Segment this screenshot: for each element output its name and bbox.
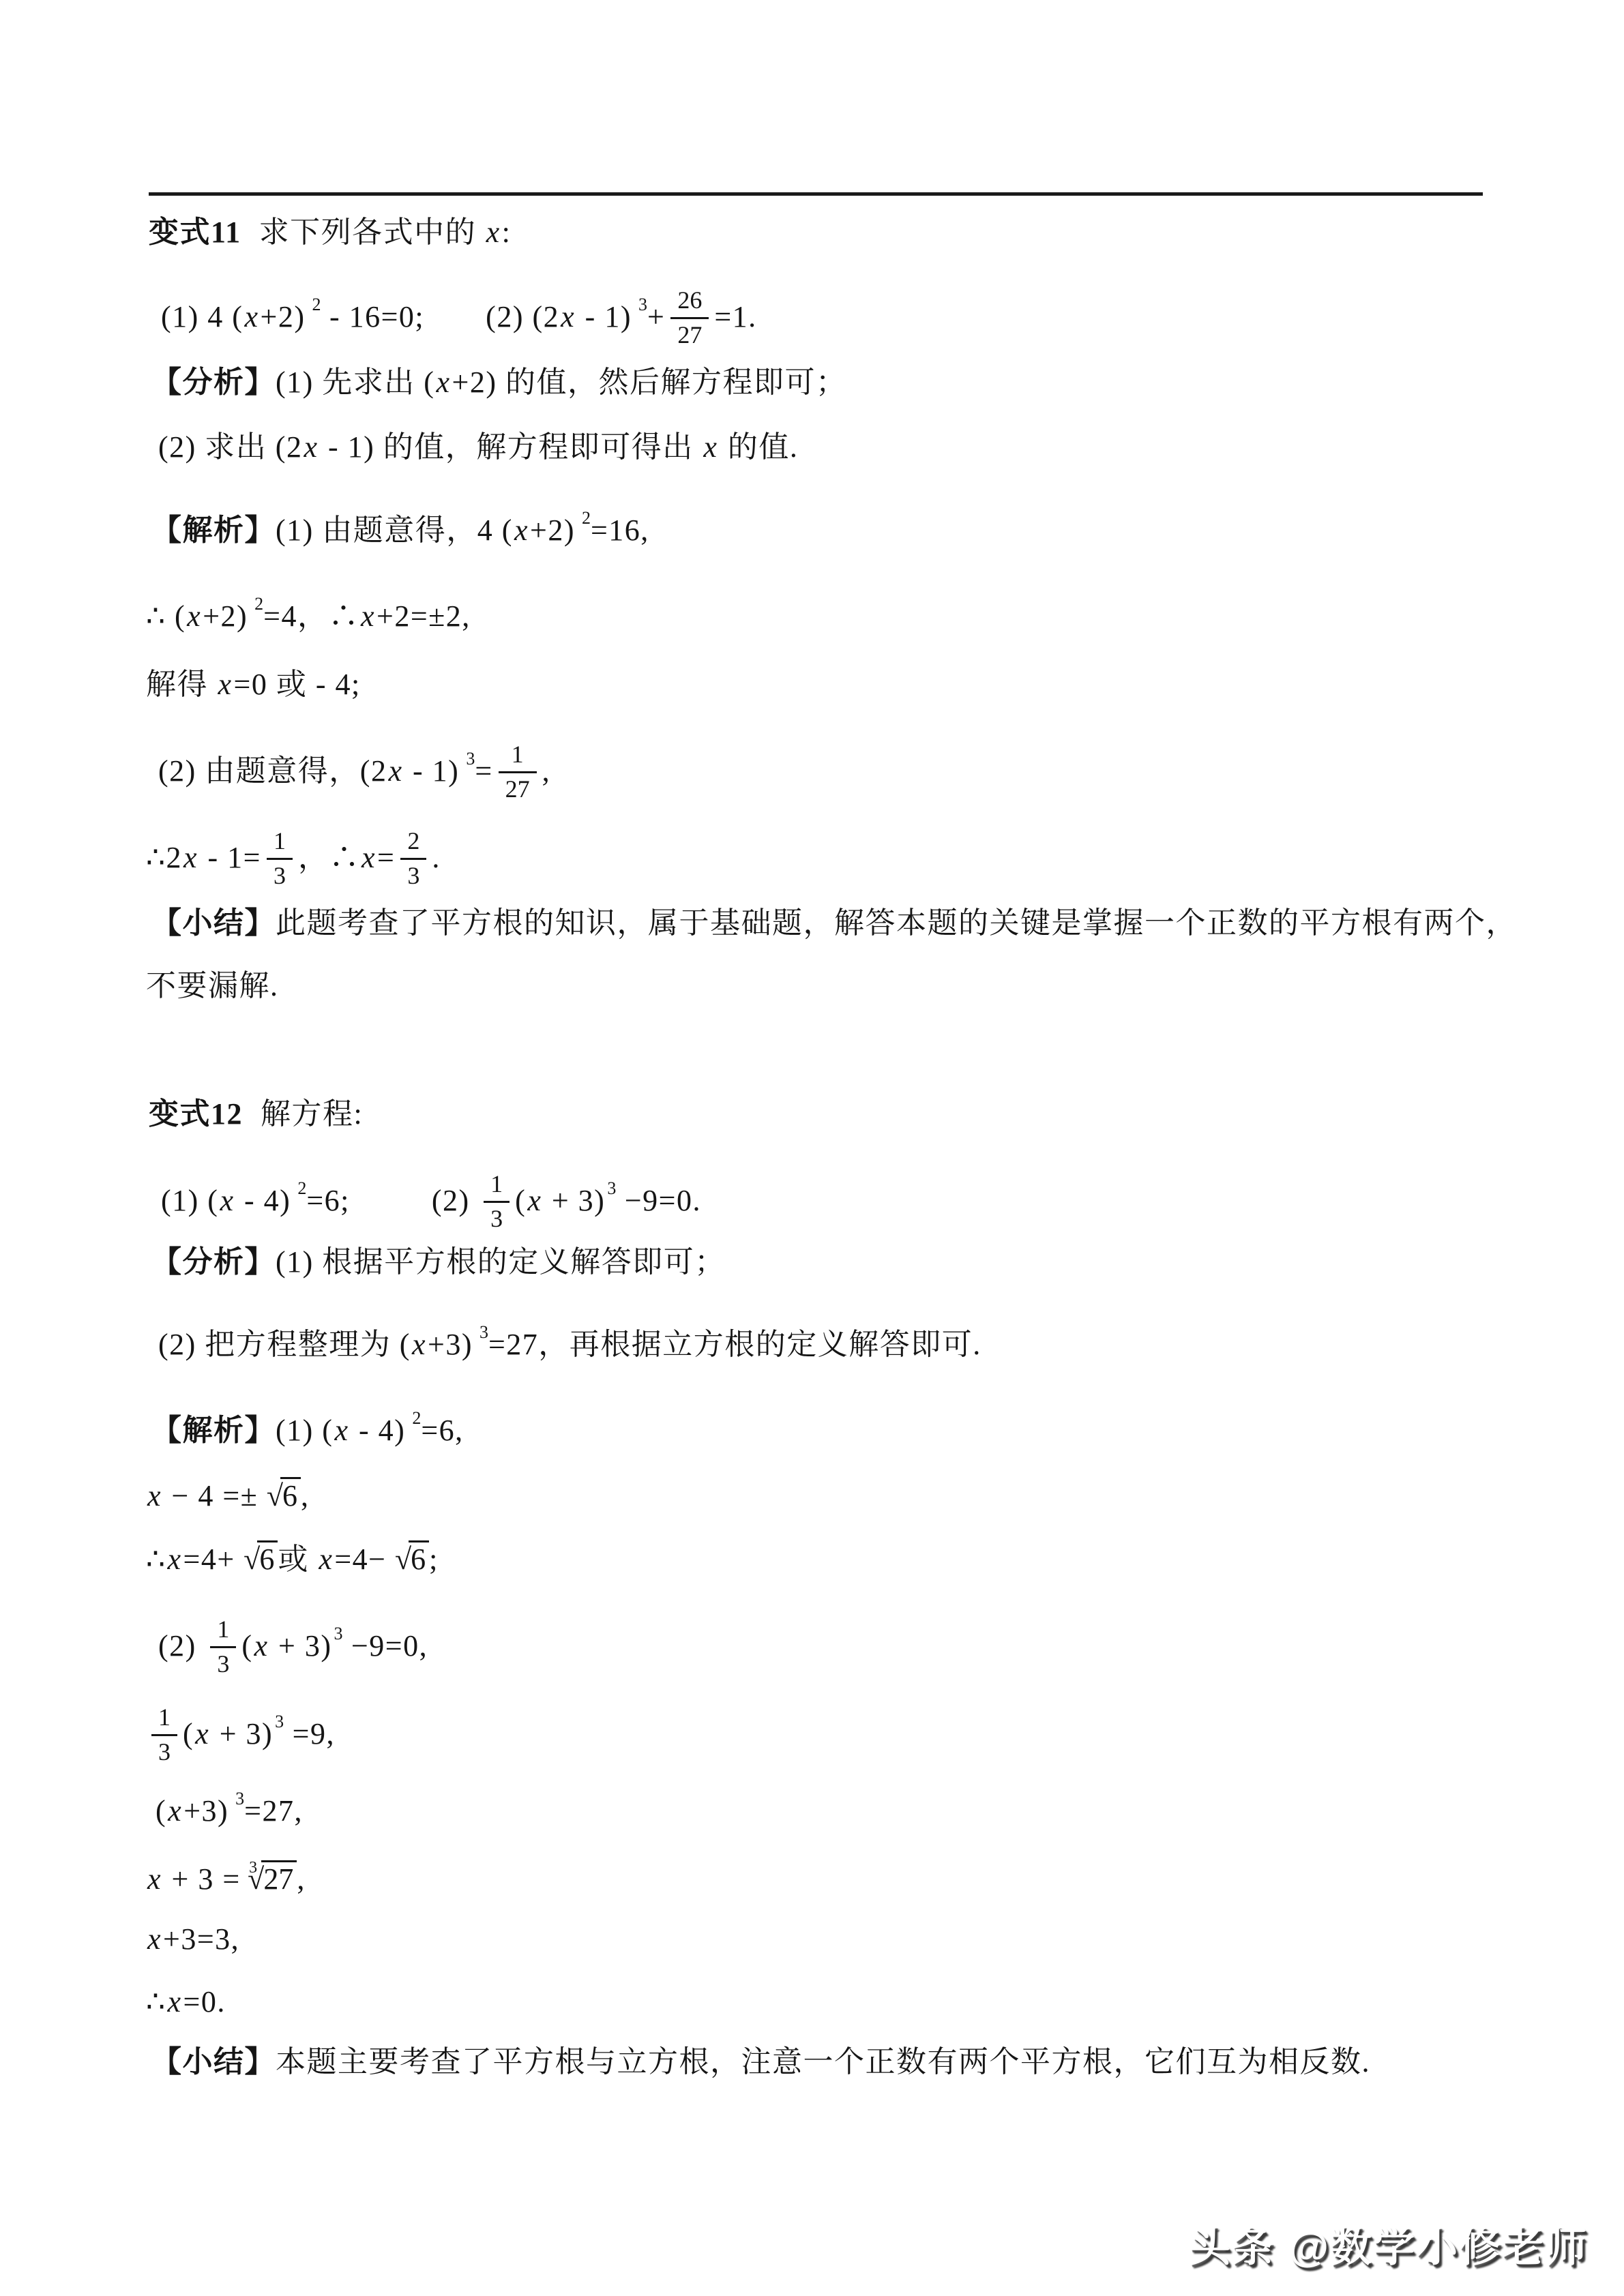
radicand: 27	[261, 1860, 297, 1896]
text-run: - 1)	[404, 754, 460, 788]
fraction: 127	[499, 741, 537, 803]
text-run: =27，再根据立方根的定义解答即可.	[488, 1328, 981, 1361]
variation12-heading-label: 变式12	[149, 1097, 243, 1131]
variation11-heading-title: 求下列各式中的	[259, 215, 485, 249]
text-run: (2) 把方程整理为 (	[158, 1328, 411, 1361]
fraction-numerator: 26	[670, 287, 709, 319]
exponent: 3	[466, 749, 475, 769]
math-var-x: x	[360, 841, 377, 874]
math-var-x: x	[218, 1184, 235, 1217]
exponent: 3	[479, 1322, 488, 1342]
text-run: 的值.	[719, 430, 798, 464]
variation11-heading-tail: :	[502, 215, 512, 249]
math-var-x: x	[146, 1479, 163, 1512]
text-run: (	[241, 1629, 252, 1663]
text-run: =27,	[244, 1794, 303, 1828]
text-run: +2)	[261, 300, 306, 333]
text-run: ∴	[146, 1985, 166, 2018]
text-run: (1) 根据平方根的定义解答即可；	[276, 1245, 726, 1279]
variation11-problems: (1) 4 (x+2)2 - 16=0;(2) (2x - 1)3+2627=1…	[161, 289, 757, 351]
text-run: =4−	[334, 1542, 395, 1576]
cube-root: 3√27	[249, 1862, 297, 1896]
math-var-x: x	[485, 215, 502, 249]
text-run: ,	[542, 754, 551, 788]
variation11-solution-line2: ∴ (x+2)2=4，∴x+2=±2,	[146, 593, 471, 635]
variation12-problem-2: (2) 13(x + 3)3 −9=0.	[432, 1184, 701, 1217]
text-run: - 16=0;	[321, 300, 424, 333]
fraction-numerator: 1	[151, 1704, 177, 1736]
text-run: + 3)	[211, 1717, 273, 1750]
text-run: - 1) 的值，解方程即可得出	[320, 430, 703, 464]
text-run: =9,	[284, 1717, 335, 1750]
text-run: =16,	[591, 513, 649, 547]
text-run: ，∴	[298, 841, 360, 874]
fraction-denominator: 3	[400, 860, 426, 890]
fraction-denominator: 27	[670, 319, 709, 349]
math-var-x: x	[217, 668, 234, 701]
square-root: √6	[395, 1542, 429, 1576]
text-run: +2)	[530, 513, 575, 547]
fraction-numerator: 2	[400, 828, 426, 860]
fraction-denominator: 3	[267, 860, 293, 890]
text-run: ∴	[146, 1542, 166, 1576]
variation11-solution-line4: (2) 由题意得，(2x - 1)3=127,	[158, 743, 550, 805]
text-run: (1) 由题意得，4 (	[276, 513, 513, 547]
text-run: +2) 的值，然后解方程即可；	[452, 366, 847, 399]
variation12-solution-line5: 13(x + 3)3 =9,	[146, 1706, 335, 1768]
text-run: =6;	[306, 1184, 350, 1217]
fraction-numerator: 1	[210, 1616, 236, 1648]
math-var-x: x	[513, 513, 530, 547]
math-var-x: x	[333, 1414, 350, 1447]
exponent: 2	[254, 594, 263, 614]
text-run: +3)	[183, 1794, 228, 1828]
math-var-x: x	[252, 1629, 269, 1663]
variation12-solution-line6: (x+3)3=27,	[156, 1788, 303, 1830]
variation11-solution-line3: 解得 x=0 或 - 4;	[146, 667, 361, 703]
fraction: 2627	[670, 287, 709, 348]
exponent: 3	[638, 295, 647, 314]
exponent: 3	[334, 1624, 342, 1643]
text-run: − 4 =±	[163, 1479, 267, 1512]
math-var-x: x	[166, 1794, 183, 1828]
fraction-denominator: 3	[210, 1648, 236, 1678]
variation12-solution-line3: ∴x=4+ √6或 x=4− √6;	[146, 1542, 439, 1578]
fraction: 13	[267, 828, 293, 889]
text-run: (1) (	[276, 1414, 333, 1447]
variation11-solution-line5: ∴2x - 1=13，∴x=23.	[146, 830, 441, 891]
text-run: (2) (2	[486, 300, 559, 333]
analysis-label: 【分析】	[151, 1245, 276, 1279]
variation12-solution-line8: x+3=3,	[146, 1922, 239, 1958]
variation12-problem-1: (1) (x - 4)2=6;	[161, 1184, 350, 1217]
summary-label: 【小结】	[151, 906, 276, 940]
text-run: =4+	[183, 1542, 244, 1576]
variation11-summary-line1: 【小结】此题考查了平方根的知识，属于基础题，解答本题的关键是掌握一个正数的平方根…	[151, 906, 1517, 942]
exponent: 2	[297, 1178, 306, 1198]
variation12-analysis-2: (2) 把方程整理为 (x+3)3=27，再根据立方根的定义解答即可.	[158, 1322, 981, 1363]
math-var-x: x	[434, 366, 452, 399]
text-run: (2)	[158, 1629, 205, 1663]
variation11-analysis-1: 【分析】(1) 先求出 (x+2) 的值，然后解方程即可；	[151, 365, 846, 401]
text-run: (	[156, 1794, 166, 1828]
math-var-x: x	[317, 1542, 334, 1576]
text-run: - 4)	[236, 1184, 291, 1217]
text-run: + 3)	[543, 1184, 605, 1217]
root-index: 3	[249, 1858, 257, 1878]
variation11-analysis-2: (2) 求出 (2x - 1) 的值，解方程即可得出 x 的值.	[158, 430, 798, 466]
math-var-x: x	[702, 430, 719, 464]
math-var-x: x	[166, 1985, 183, 2018]
text-run: (2)	[432, 1184, 478, 1217]
variation12-solution-line1: 【解析】(1) (x - 4)2=6,	[151, 1407, 464, 1449]
math-var-x: x	[559, 300, 576, 333]
text-run: 此题考查了平方根的知识，属于基础题，解答本题的关键是掌握一个正数的平方根有两个，	[276, 906, 1517, 940]
math-var-x: x	[186, 599, 203, 633]
text-run: - 4)	[351, 1414, 406, 1447]
variation11-summary-line2: 不要漏解.	[146, 968, 279, 1004]
exponent: 2	[412, 1408, 421, 1428]
variation11-heading-label: 变式11	[149, 215, 241, 249]
text-run: (	[515, 1184, 526, 1217]
text-run: (2) 求出 (2	[158, 430, 302, 464]
text-run: (1) (	[161, 1184, 218, 1217]
summary-label: 【小结】	[151, 2045, 276, 2078]
variation12-summary: 【小结】本题主要考查了平方根与立方根，注意一个正数有两个平方根，它们互为相反数.	[151, 2044, 1370, 2081]
text-run: ∴ (	[146, 599, 186, 633]
variation12-solution-line7: x + 3 = 3√27,	[146, 1862, 306, 1898]
text-run: +2)	[203, 599, 248, 633]
math-var-x: x	[387, 754, 404, 788]
fraction-denominator: 3	[151, 1736, 177, 1766]
exponent: 2	[312, 295, 321, 314]
variation11-heading: 变式11求下列各式中的 x:	[149, 215, 511, 251]
variation12-analysis-1: 【分析】(1) 根据平方根的定义解答即可；	[151, 1244, 726, 1281]
text-run: =	[377, 841, 395, 874]
top-horizontal-rule	[149, 192, 1483, 196]
math-var-x: x	[302, 430, 319, 464]
text-run: (1) 先求出 (	[276, 366, 434, 399]
fraction-denominator: 3	[484, 1203, 510, 1233]
text-run: 不要漏解.	[146, 969, 279, 1002]
text-run: - 1=	[199, 841, 261, 874]
variation12-solution-line9: ∴x=0.	[146, 1984, 226, 2021]
text-run: +3=3,	[163, 1922, 239, 1956]
fraction-numerator: 1	[499, 741, 537, 773]
text-run: −9=0.	[616, 1184, 701, 1217]
text-run: =4，∴	[263, 599, 359, 633]
text-run: + 3)	[270, 1629, 332, 1663]
variation12-problems: (1) (x - 4)2=6;(2) 13(x + 3)3 −9=0.	[161, 1173, 701, 1234]
fraction: 13	[151, 1704, 177, 1765]
variation11-problem-2: (2) (2x - 1)3+2627=1.	[486, 300, 756, 333]
exponent: 3	[607, 1178, 616, 1198]
math-var-x: x	[182, 841, 199, 874]
math-var-x: x	[166, 1542, 183, 1576]
math-var-x: x	[243, 300, 260, 333]
exponent: 3	[275, 1712, 284, 1731]
text-run: ,	[297, 1862, 306, 1896]
exponent: 2	[582, 508, 591, 528]
square-root: √6	[243, 1542, 278, 1576]
fraction-denominator: 27	[499, 773, 537, 803]
text-run: +2=±2,	[377, 599, 471, 633]
math-var-x: x	[146, 1922, 163, 1956]
text-run: +3)	[428, 1328, 473, 1361]
text-run: +	[647, 300, 665, 333]
math-var-x: x	[146, 1862, 163, 1896]
fraction: 13	[484, 1171, 510, 1232]
worksheet-page: 变式11求下列各式中的 x: (1) 4 (x+2)2 - 16=0;(2) (…	[0, 0, 1624, 2296]
text-run: 解得	[146, 668, 217, 701]
variation12-heading-title: 解方程:	[261, 1097, 363, 1131]
math-var-x: x	[359, 599, 377, 633]
fraction: 23	[400, 828, 426, 889]
text-run: (	[183, 1717, 194, 1750]
text-run: −9=0,	[342, 1629, 428, 1663]
analysis-label: 【分析】	[151, 366, 276, 399]
text-run: ,	[301, 1479, 310, 1512]
variation11-solution-line1: 【解析】(1) 由题意得，4 (x+2)2=16,	[151, 507, 649, 549]
solution-label: 【解析】	[151, 513, 276, 547]
text-run: 本题主要考查了平方根与立方根，注意一个正数有两个平方根，它们互为相反数.	[276, 2045, 1370, 2078]
radicand: 6	[280, 1477, 301, 1512]
fraction-numerator: 1	[267, 828, 293, 860]
variation12-heading: 变式12解方程:	[149, 1097, 363, 1133]
text-run: - 1)	[576, 300, 632, 333]
text-run: 或	[278, 1542, 317, 1576]
math-var-x: x	[194, 1717, 211, 1750]
square-root: √6	[267, 1479, 301, 1512]
variation11-problem-1: (1) 4 (x+2)2 - 16=0;	[161, 300, 424, 333]
math-var-x: x	[526, 1184, 543, 1217]
solution-label: 【解析】	[151, 1414, 276, 1447]
text-run: =0.	[183, 1985, 226, 2018]
variation12-solution-line4: (2) 13(x + 3)3 −9=0,	[158, 1618, 428, 1680]
math-var-x: x	[411, 1328, 428, 1361]
fraction: 13	[210, 1616, 236, 1678]
toutiao-watermark: 头条 @数学小修老师	[1190, 2215, 1589, 2273]
text-run: ;	[429, 1542, 439, 1576]
text-run: (1) 4 (	[161, 300, 243, 333]
radicand: 6	[257, 1540, 278, 1576]
text-run: .	[432, 841, 441, 874]
exponent: 3	[235, 1789, 244, 1808]
text-run: =6,	[421, 1414, 463, 1447]
variation12-solution-line2: x − 4 =± √6,	[146, 1478, 309, 1515]
fraction-numerator: 1	[484, 1171, 510, 1203]
text-run: (2) 由题意得，(2	[158, 754, 387, 788]
radicand: 6	[409, 1540, 429, 1576]
text-run: + 3 =	[163, 1862, 249, 1896]
text-run: =1.	[714, 300, 756, 333]
text-run: =	[475, 754, 492, 788]
text-run: ∴2	[146, 841, 182, 874]
text-run: =0 或 - 4;	[234, 668, 361, 701]
